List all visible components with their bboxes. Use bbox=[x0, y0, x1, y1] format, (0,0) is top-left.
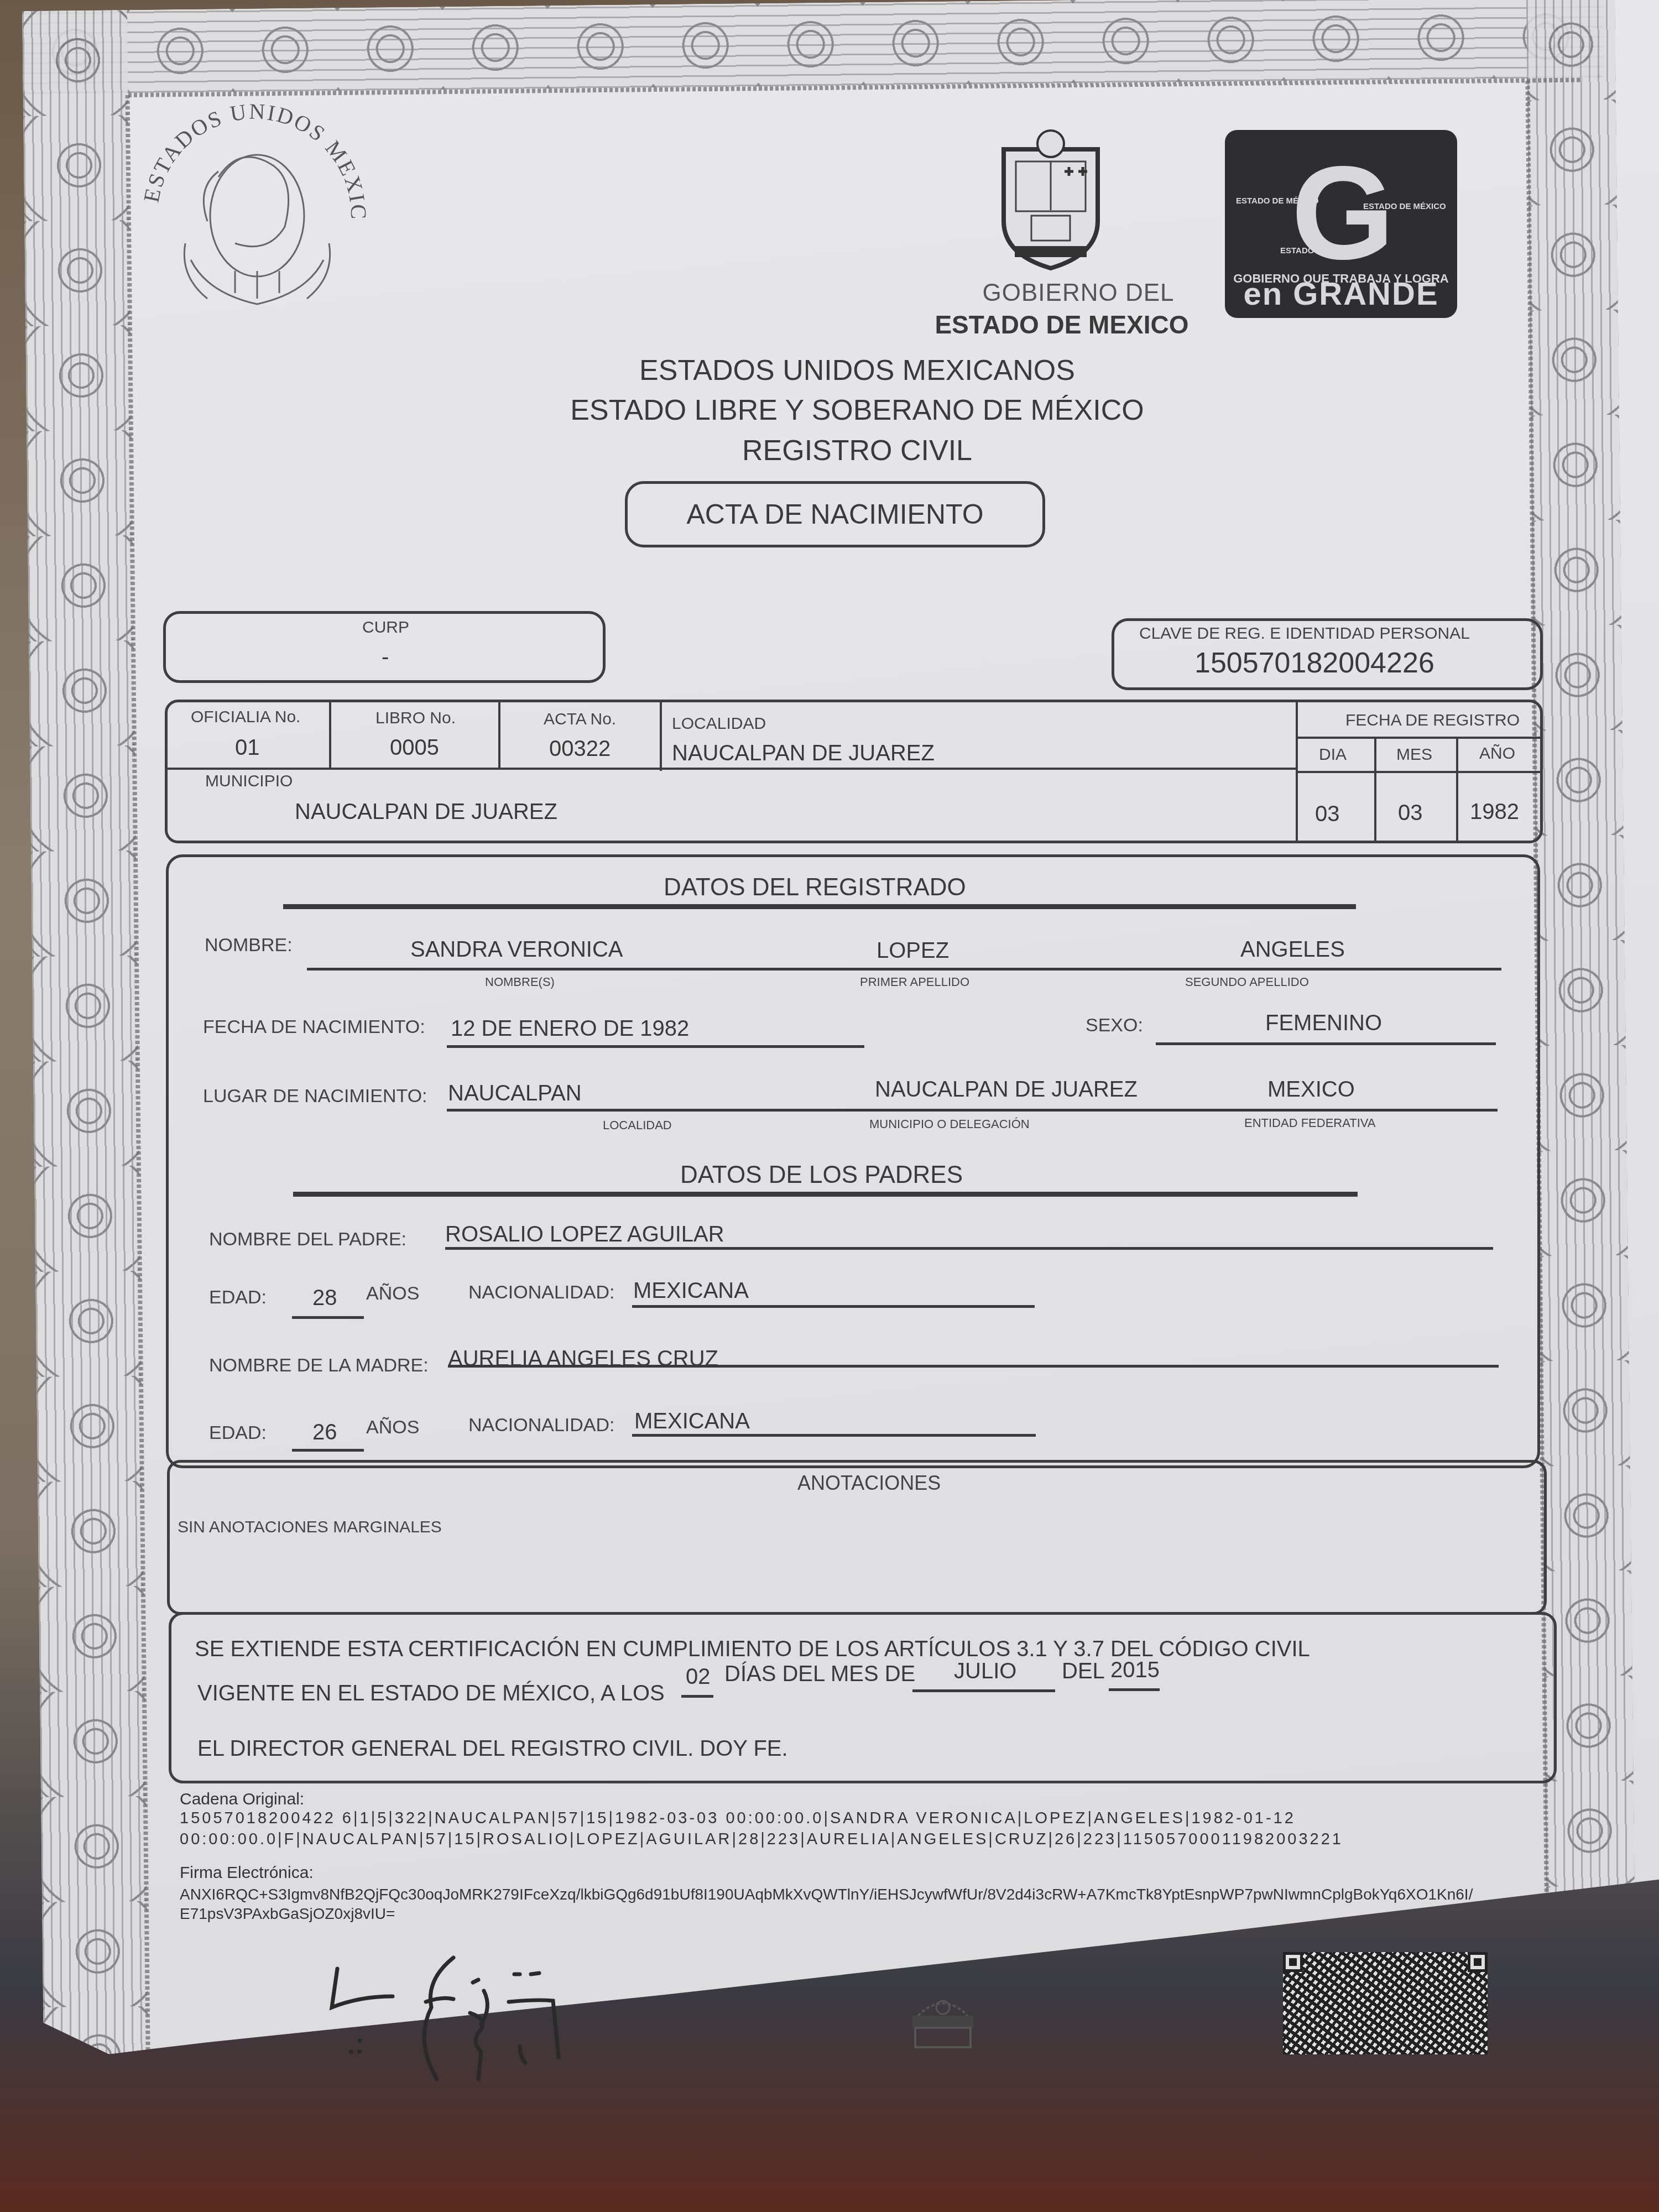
underline bbox=[447, 1109, 1498, 1112]
padre-edad-value: 28 bbox=[312, 1286, 337, 1311]
title-state: ESTADO LIBRE Y SOBERANO DE MÉXICO bbox=[28, 394, 1659, 427]
padre-label: NOMBRE DEL PADRE: bbox=[209, 1229, 406, 1250]
underline bbox=[292, 1449, 364, 1452]
segundo-apellido-sublabel: SEGUNDO APELLIDO bbox=[1185, 975, 1309, 989]
underline bbox=[912, 1689, 1055, 1692]
nombre-label: NOMBRE: bbox=[205, 935, 293, 956]
dia-label: DIA bbox=[1319, 745, 1347, 764]
annotations-text: SIN ANOTACIONES MARGINALES bbox=[178, 1518, 442, 1537]
madre-nacionalidad-label: NACIONALIDAD: bbox=[468, 1415, 615, 1436]
section-rule bbox=[283, 904, 1356, 909]
underline bbox=[1156, 1042, 1496, 1045]
underline bbox=[448, 1365, 1499, 1368]
curp-box: CURP - bbox=[163, 611, 606, 683]
oficialia-value: 01 bbox=[235, 735, 260, 760]
registry-stamp-icon bbox=[890, 1991, 995, 2052]
nombres-value: SANDRA VERONICA bbox=[410, 937, 623, 962]
edomex-g-logo-icon: ESTADO DE MÉXICO ESTADO DE MÉXICO ESTADO… bbox=[1225, 130, 1457, 318]
divider bbox=[1296, 771, 1540, 773]
annotations-title: ANOTACIONES bbox=[797, 1472, 941, 1495]
segundo-apellido-value: ANGELES bbox=[1240, 937, 1345, 962]
divider bbox=[329, 702, 331, 768]
sexo-value: FEMENINO bbox=[1265, 1011, 1382, 1036]
underline bbox=[632, 1305, 1035, 1308]
title-registry: REGISTRO CIVIL bbox=[28, 434, 1659, 467]
oficialia-label: OFICIALIA No. bbox=[191, 708, 300, 727]
fecha-registro-label: FECHA DE REGISTRO bbox=[1345, 711, 1520, 730]
primer-apellido-value: LOPEZ bbox=[877, 938, 949, 963]
padre-nacionalidad-label: NACIONALIDAD: bbox=[468, 1282, 615, 1303]
divider bbox=[1374, 737, 1376, 841]
entidad-sublabel: ENTIDAD FEDERATIVA bbox=[1244, 1116, 1376, 1130]
director-signature-icon bbox=[326, 1947, 686, 2085]
gov-line-1: GOBIERNO DEL bbox=[940, 279, 1217, 307]
acta-label: ACTA No. bbox=[544, 710, 616, 729]
firma-electronica-label: Firma Electrónica: bbox=[180, 1864, 314, 1882]
acta-value: 00322 bbox=[549, 737, 611, 761]
padre-nacionalidad-value: MEXICANA bbox=[633, 1279, 749, 1303]
madre-label: NOMBRE DE LA MADRE: bbox=[209, 1355, 429, 1376]
certification-month: JULIO bbox=[954, 1659, 1016, 1684]
underline bbox=[632, 1434, 1036, 1437]
underline bbox=[292, 1316, 364, 1319]
localidad-value: NAUCALPAN DE JUAREZ bbox=[672, 741, 935, 766]
divider bbox=[168, 768, 1296, 770]
mes-label: MES bbox=[1396, 745, 1432, 764]
mes-value: 03 bbox=[1398, 801, 1423, 826]
localidad-sublabel: LOCALIDAD bbox=[603, 1118, 672, 1133]
cadena-original-label: Cadena Original: bbox=[180, 1790, 304, 1809]
libro-value: 0005 bbox=[390, 735, 439, 760]
annotations-box: ANOTACIONES SIN ANOTACIONES MARGINALES bbox=[167, 1460, 1547, 1615]
lugar-entidad-value: MEXICO bbox=[1267, 1077, 1355, 1102]
certification-day: 02 bbox=[686, 1665, 711, 1689]
qr-finder-pattern bbox=[1283, 1952, 1303, 1972]
seal-arc-text: ESTADOS UNIDOS MEXICANOS bbox=[124, 77, 371, 221]
anos-label: AÑOS bbox=[366, 1283, 419, 1305]
gov-line-2: ESTADO DE MEXICO bbox=[907, 310, 1217, 340]
anio-value: 1982 bbox=[1470, 800, 1519, 825]
madre-edad-value: 26 bbox=[312, 1420, 337, 1445]
underline bbox=[1109, 1688, 1160, 1691]
madre-nacionalidad-value: MEXICANA bbox=[634, 1409, 750, 1434]
clave-label: CLAVE DE REG. E IDENTIDAD PERSONAL bbox=[1139, 624, 1470, 643]
underline bbox=[447, 1045, 864, 1048]
underline bbox=[681, 1695, 713, 1698]
qr-finder-pattern bbox=[1468, 1952, 1488, 1972]
qr-code bbox=[1283, 1952, 1488, 2054]
curp-value: - bbox=[382, 645, 389, 670]
name-underline bbox=[307, 968, 1501, 971]
clave-box: CLAVE DE REG. E IDENTIDAD PERSONAL 15057… bbox=[1112, 618, 1543, 690]
cadena-original-line-1: 15057018200422 6|1|5|322|NAUCALPAN|57|15… bbox=[180, 1809, 1296, 1828]
anio-label: AÑO bbox=[1479, 744, 1515, 763]
firma-electronica-line-1: ANXI6RQC+S3Igmv8NfB2QjFQc30oqJoMRK279IFc… bbox=[180, 1886, 1473, 1903]
certification-line-2-prefix: VIGENTE EN EL ESTADO DE MÉXICO, A LOS bbox=[197, 1681, 665, 1706]
cadena-original-line-2: 00:00:00.0|F|NAUCALPAN|57|15|ROSALIO|LOP… bbox=[180, 1830, 1343, 1849]
parents-section-title: DATOS DE LOS PADRES bbox=[680, 1161, 963, 1189]
national-coat-of-arms-icon: ESTADOS UNIDOS MEXICANOS bbox=[124, 77, 384, 337]
logo-slogan: en GRANDE bbox=[1225, 275, 1457, 312]
municipio-value: NAUCALPAN DE JUAREZ bbox=[295, 800, 557, 825]
certification-year: 2015 bbox=[1110, 1658, 1160, 1683]
fecha-nacimiento-label: FECHA DE NACIMIENTO: bbox=[203, 1016, 425, 1038]
sexo-label: SEXO: bbox=[1086, 1015, 1143, 1036]
municipio-label: MUNICIPIO bbox=[205, 772, 293, 791]
document-type-title: ACTA DE NACIMIENTO bbox=[625, 481, 1045, 547]
divider bbox=[1456, 737, 1458, 841]
divider bbox=[498, 702, 500, 768]
lugar-municipio-value: NAUCALPAN DE JUAREZ bbox=[875, 1077, 1138, 1102]
svg-text:ESTADOS UNIDOS MEXICANOS: ESTADOS UNIDOS MEXICANOS bbox=[124, 77, 371, 221]
lugar-nacimiento-label: LUGAR DE NACIMIENTO: bbox=[203, 1086, 427, 1107]
certification-line-2-mid: DÍAS DEL MES DE bbox=[724, 1662, 915, 1687]
curp-label: CURP bbox=[362, 618, 409, 637]
certification-del: DEL bbox=[1062, 1659, 1105, 1684]
municipio-sublabel: MUNICIPIO O DELEGACIÓN bbox=[869, 1117, 1030, 1131]
madre-edad-label: EDAD: bbox=[209, 1422, 267, 1444]
madre-value: AURELIA ANGELES CRUZ bbox=[448, 1347, 718, 1371]
padre-edad-label: EDAD: bbox=[209, 1287, 267, 1308]
logo-letter: G bbox=[1291, 147, 1395, 279]
state-coat-of-arms-icon bbox=[987, 127, 1114, 271]
lugar-localidad-value: NAUCALPAN bbox=[448, 1081, 582, 1106]
title-country: ESTADOS UNIDOS MEXICANOS bbox=[28, 354, 1659, 387]
section-rule bbox=[293, 1192, 1358, 1197]
firma-electronica-line-2: E71psV3PAxbGaSjOZ0xj8vIU= bbox=[180, 1905, 395, 1923]
nombres-sublabel: NOMBRE(S) bbox=[485, 975, 555, 989]
libro-label: LIBRO No. bbox=[375, 709, 456, 728]
clave-value: 150570182004226 bbox=[1194, 646, 1434, 680]
dia-value: 03 bbox=[1315, 802, 1340, 827]
registrant-section-title: DATOS DEL REGISTRADO bbox=[664, 874, 966, 901]
underline bbox=[445, 1247, 1493, 1250]
divider bbox=[660, 702, 662, 771]
localidad-label: LOCALIDAD bbox=[672, 714, 766, 733]
registry-table: OFICIALIA No. 01 LIBRO No. 0005 ACTA No.… bbox=[165, 700, 1543, 843]
divider bbox=[1296, 737, 1540, 739]
certification-line-3: EL DIRECTOR GENERAL DEL REGISTRO CIVIL. … bbox=[197, 1736, 788, 1761]
primer-apellido-sublabel: PRIMER APELLIDO bbox=[860, 975, 969, 989]
padre-value: ROSALIO LOPEZ AGUILAR bbox=[445, 1222, 724, 1247]
fecha-nacimiento-value: 12 DE ENERO DE 1982 bbox=[451, 1016, 689, 1041]
anos-label: AÑOS bbox=[366, 1417, 419, 1438]
